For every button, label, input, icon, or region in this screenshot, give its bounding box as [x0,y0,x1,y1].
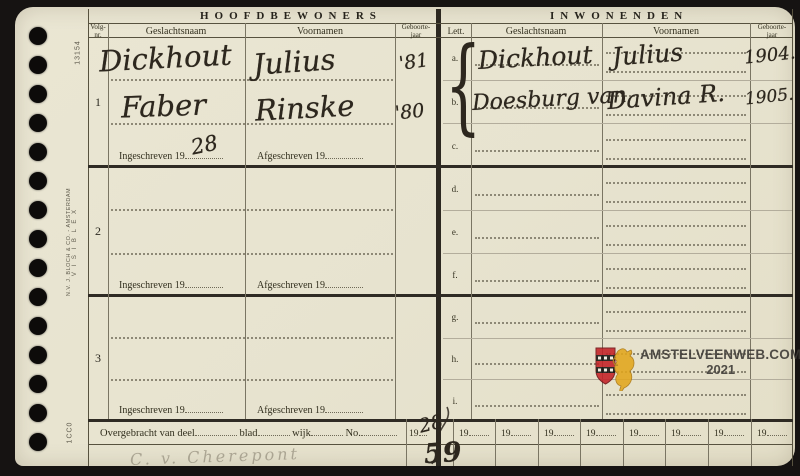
row-number: 3 [88,351,108,366]
ingeschreven-label: Ingeschreven 19 [119,403,223,416]
margin-code: 1CC0 [60,412,80,452]
punch-hole [29,230,47,248]
ingeschreven-label: Ingeschreven 19 [119,278,223,291]
year-cell: 19 [671,426,701,439]
rule-line [475,322,599,324]
col-geslachtsnaam-right: Geslachtsnaam [506,26,567,37]
col-geslachtsnaam-left: Geslachtsnaam [146,26,207,37]
transfer-label: Overgebracht van deel blad wijk No. [100,426,397,439]
rule-line [475,150,599,152]
handwritten-firstname: Julius [611,38,684,72]
punch-hole [29,201,47,219]
watermark: AMSTELVEENWEB.COM 2021 [595,347,800,391]
row-letter: e. [443,227,467,237]
register-card: 13154 N.V. J. BLOCH & CO. - AMSTERDAM V … [15,7,795,466]
punch-hole [29,404,47,422]
punch-hole [29,288,47,306]
col-voornamen-left: Voornamen [297,26,343,37]
rule-line [475,237,599,239]
rule-line [443,253,792,254]
rule-line [475,280,599,282]
year-cell: 19 [544,426,574,439]
afgeschreven-label: Afgeschreven 19 [257,149,363,162]
rule-line [88,37,793,38]
rule-line [406,419,407,466]
center-divider [436,9,441,466]
year-cell: 19 [757,426,787,439]
rule-line [475,194,599,196]
punch-hole [29,85,47,103]
rule-line [88,23,793,24]
rule-line [580,419,581,466]
rule-line [606,114,746,116]
rule-line [606,394,746,396]
col-geboortejaar-right: Geboorte- jaar [758,24,786,39]
col-voornamen-right: Voornamen [653,26,699,37]
col-geboortejaar-left: Geboorte- jaar [402,24,430,39]
printer-name: N.V. J. BLOCH & CO. - AMSTERDAM [66,188,72,296]
handwritten-year: '81 [398,49,430,75]
rule-line [606,71,746,73]
rule-line [245,23,246,419]
afgeschreven-label: Afgeschreven 19 [257,403,363,416]
punch-hole [29,346,47,364]
handwritten-firstname: Rinske [254,88,355,127]
entry-line [111,209,393,211]
rule-line [108,23,109,419]
entry-line [111,379,393,381]
margin-serial: 13154 [68,29,88,75]
scan-background: 13154 N.V. J. BLOCH & CO. - AMSTERDAM V … [0,0,800,476]
handwritten-surname: Doesburg van [471,83,627,116]
handwritten-surname: Dickhout [98,38,232,79]
flourish-mark [427,405,455,466]
rule-line [606,225,746,227]
punch-hole [29,27,47,45]
rule-line [606,287,746,289]
right-section-title: INWONENDEN [550,10,688,22]
year-cell: 19 [459,426,489,439]
rule-line [606,182,746,184]
entry-line [111,337,393,339]
row-letter: f. [443,270,467,280]
row-number: 2 [88,224,108,239]
lion-icon [612,347,638,391]
punch-hole [29,375,47,393]
punch-hole [29,114,47,132]
entry-line [111,79,393,81]
rule-line [606,139,746,141]
punch-hole [29,317,47,335]
watermark-year: 2021 [640,362,800,377]
rule-line [606,158,746,160]
rule-line [606,413,746,415]
punch-hole [29,143,47,161]
rule-line [606,311,746,313]
row-letter: h. [443,354,467,364]
year-cell: 19 [629,426,659,439]
punch-hole [29,433,47,451]
punch-hole [29,259,47,277]
rule-line [88,294,793,297]
rule-line [443,80,792,81]
rule-line [475,363,599,365]
printer-brand: V I S I B L E X [72,188,78,296]
col-volgnr: Volg- nr. [90,24,105,39]
rule-line [443,123,792,124]
rule-line [623,419,624,466]
watermark-text: AMSTELVEENWEB.COM [640,347,800,362]
row-letter: d. [443,184,467,194]
rule-line [751,419,752,466]
rule-line [606,330,746,332]
year-cell: 19 [586,426,616,439]
afgeschreven-label: Afgeschreven 19 [257,278,363,291]
rule-line [606,244,746,246]
rule-line [443,210,792,211]
rule-line [88,165,793,168]
handwritten-firstname: Julius [252,42,337,82]
rule-line [395,23,396,419]
rule-line [495,419,496,466]
handwritten-surname: Faber [120,88,206,125]
rule-line [606,268,746,270]
year-cell: 19 [714,426,744,439]
rule-line [665,419,666,466]
punch-hole [29,172,47,190]
handwritten-year: '80 [394,100,426,125]
rule-line [708,419,709,466]
rule-line [443,338,792,339]
brace-mark: { [445,37,481,133]
rule-line [606,201,746,203]
year-cell: 19 [501,426,531,439]
rule-line [792,9,793,466]
row-number: 1 [88,95,108,110]
margin-printer-mark: N.V. J. BLOCH & CO. - AMSTERDAM V I S I … [59,177,85,307]
handwritten-year: 1905. [744,85,794,110]
entry-line [111,253,393,255]
pencil-note: C. v. Cherepont [130,444,300,469]
handwritten-year: 1904. [743,42,796,68]
punch-hole [29,56,47,74]
handwritten-surname: Dickhout [477,40,593,75]
left-section-title: HOOFDBEWONERS [200,10,382,22]
rule-line [538,419,539,466]
row-letter: g. [443,312,467,322]
rule-line [475,405,599,407]
